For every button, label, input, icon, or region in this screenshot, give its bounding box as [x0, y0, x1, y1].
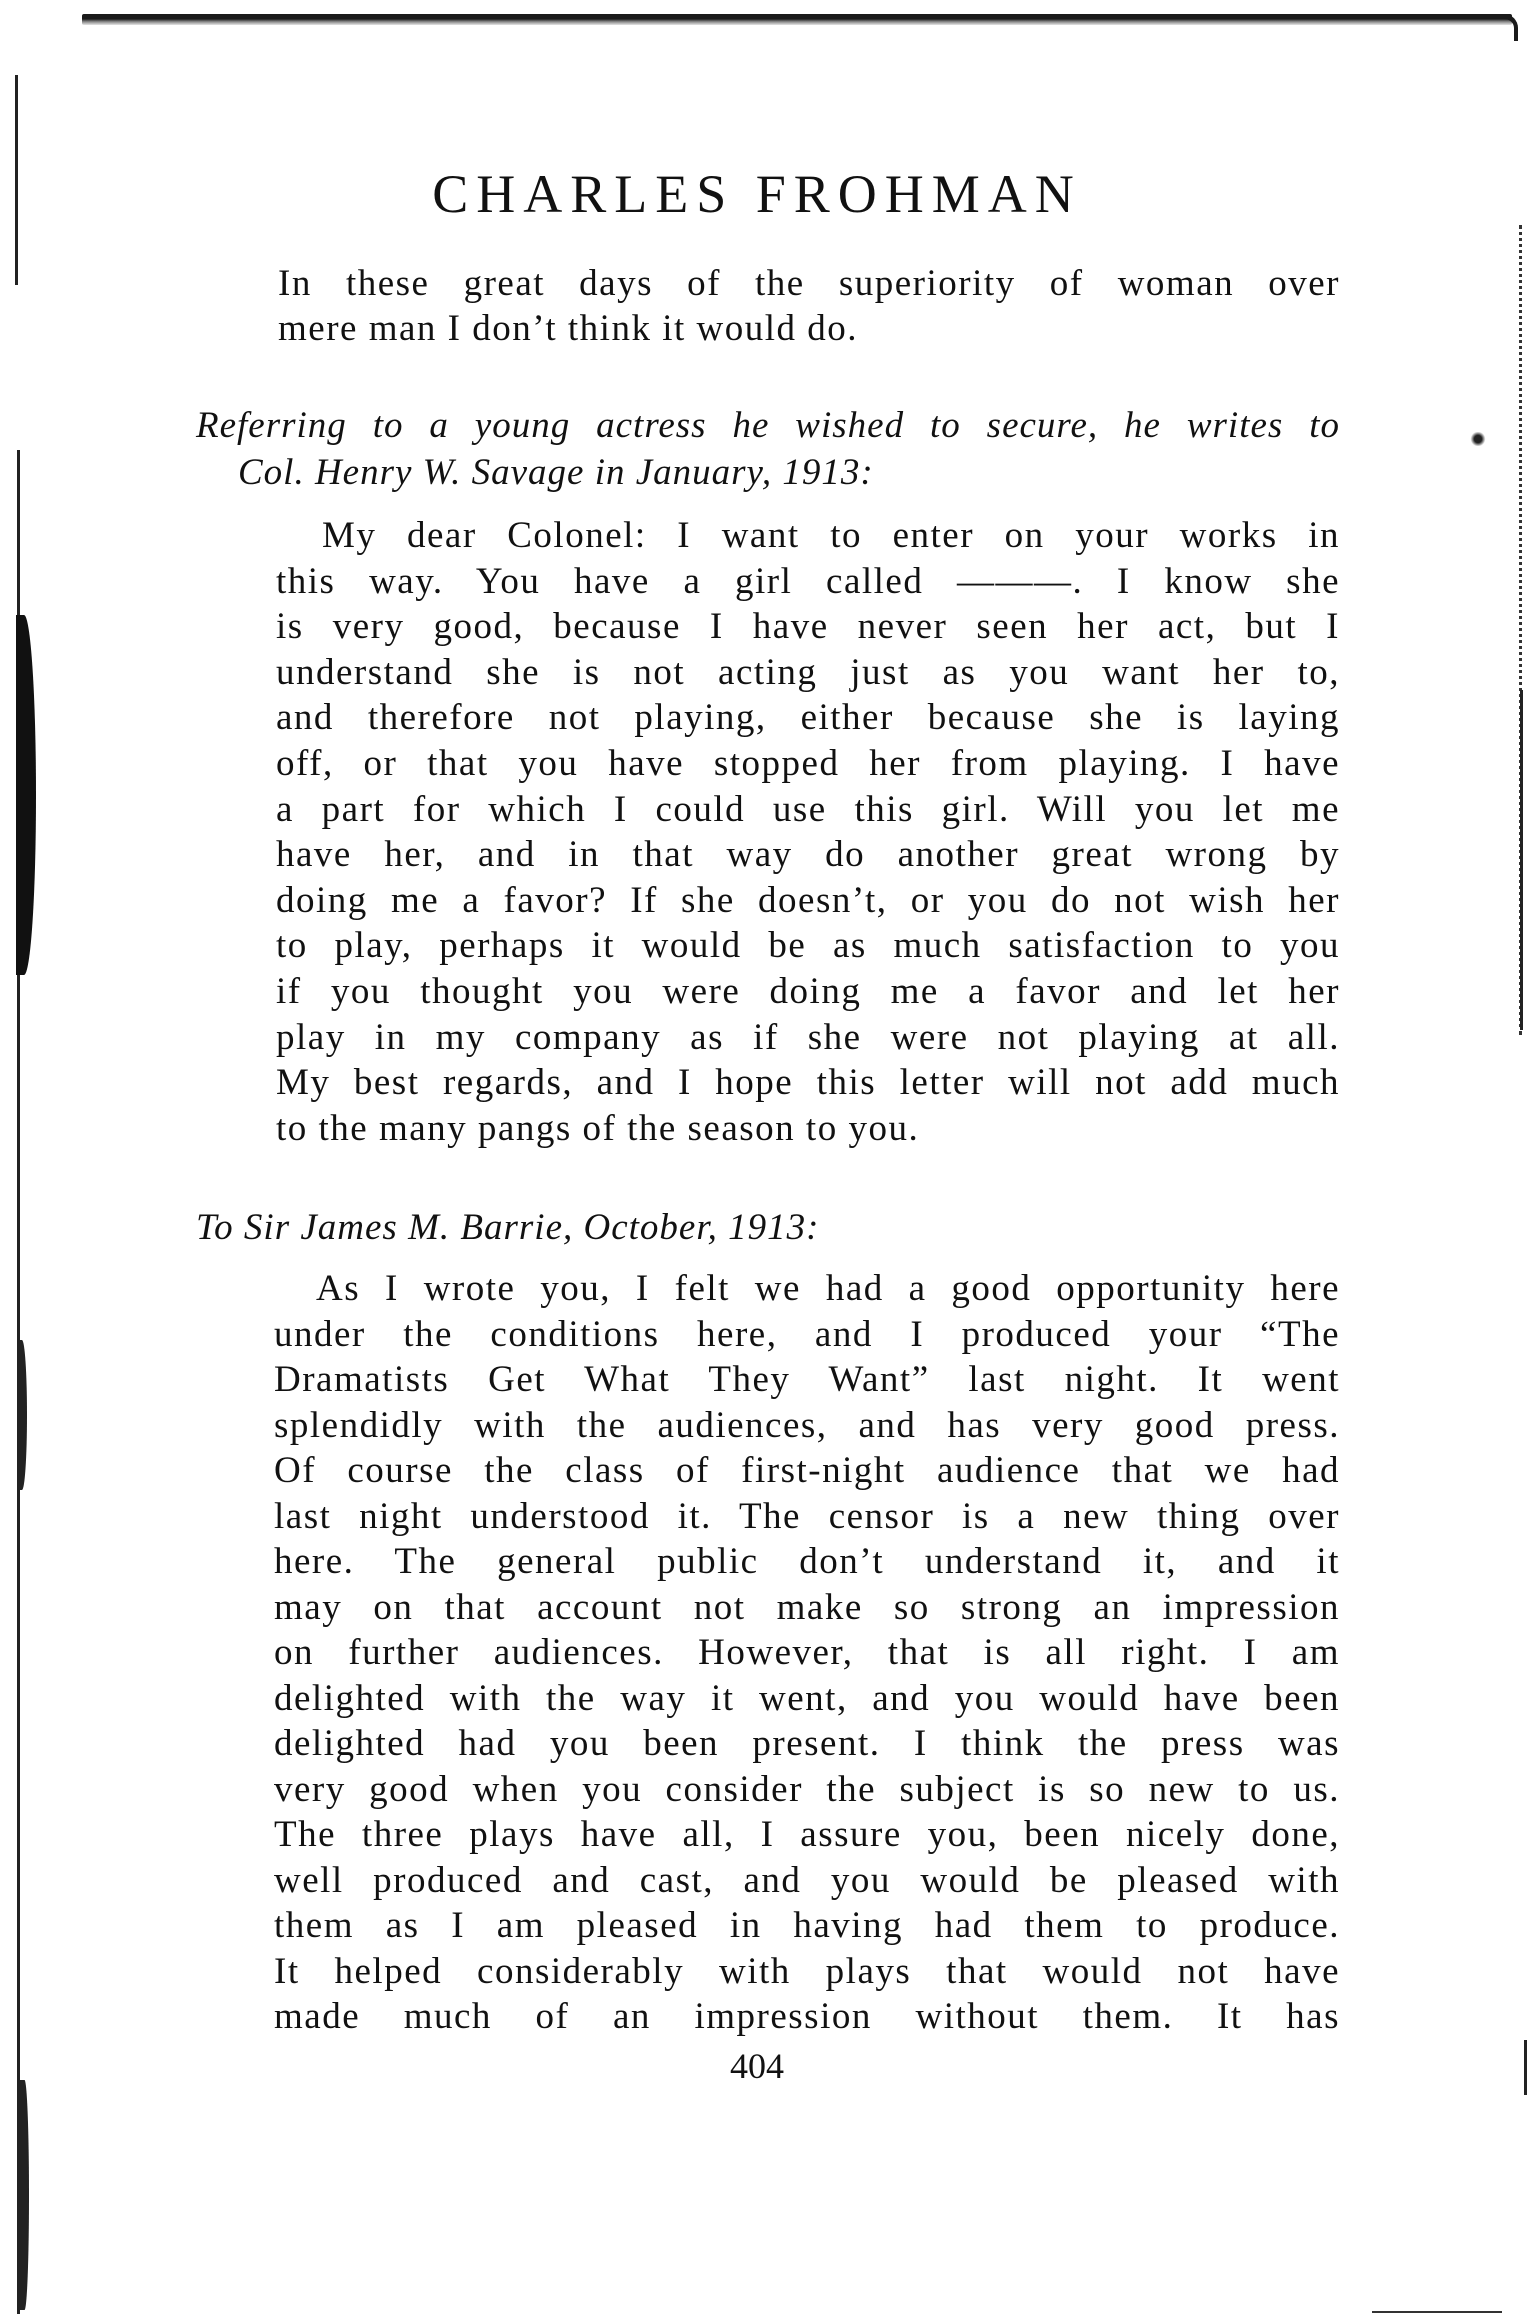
body-line: mere man I don’t think it would do.: [278, 307, 858, 351]
letter-line: made much of an impression without them.…: [274, 1995, 1340, 2039]
scan-top-edge-shadow: [82, 14, 1512, 25]
letter-line: Of course the class of first-night audie…: [274, 1449, 1340, 1493]
scan-left-edge-shadow-2: [17, 1340, 27, 1490]
letter-line: may on that account not make so strong a…: [274, 1586, 1340, 1630]
letter-line: them as I am pleased in having had them …: [274, 1904, 1340, 1948]
scan-right-edge-line: [1520, 690, 1523, 1030]
letter-line: As I wrote you, I felt we had a good opp…: [316, 1267, 1340, 1311]
letter-line: here. The general public don’t understan…: [274, 1540, 1340, 1584]
page-number: 404: [0, 2044, 1514, 2088]
letter-line: splendidly with the audiences, and has v…: [274, 1404, 1340, 1448]
letter-line: to the many pangs of the season to you.: [276, 1107, 919, 1151]
letter-line: understand she is not acting just as you…: [276, 651, 1340, 695]
scan-left-edge-shadow-3: [20, 2080, 29, 2310]
letter-line: have her, and in that way do another gre…: [276, 833, 1340, 877]
scan-right-edge-mark: [1524, 2040, 1527, 2095]
letter-line: delighted with the way it went, and you …: [274, 1677, 1340, 1721]
letter-line: My best regards, and I hope this letter …: [276, 1061, 1340, 1105]
letter-line: The three plays have all, I assure you, …: [274, 1813, 1340, 1857]
letter-line: off, or that you have stopped her from p…: [276, 742, 1340, 786]
letter-intro-heading: Referring to a young actress he wished t…: [196, 404, 1340, 448]
letter-line: well produced and cast, and you would be…: [274, 1859, 1340, 1903]
letter-line: It helped considerably with plays that w…: [274, 1950, 1340, 1994]
letter-intro-heading: To Sir James M. Barrie, October, 1913:: [196, 1206, 819, 1250]
letter-line: very good when you consider the subject …: [274, 1768, 1340, 1812]
letter-intro-heading: Col. Henry W. Savage in January, 1913:: [238, 451, 874, 495]
letter-line: play in my company as if she were not pl…: [276, 1016, 1340, 1060]
letter-line: a part for which I could use this girl. …: [276, 788, 1340, 832]
letter-line: last night understood it. The censor is …: [274, 1495, 1340, 1539]
letter-line: if you thought you were doing me a favor…: [276, 970, 1340, 1014]
letter-line: Dramatists Get What They Want” last nigh…: [274, 1358, 1340, 1402]
letter-line: delighted had you been present. I think …: [274, 1722, 1340, 1766]
scan-smudge-mark: [1470, 432, 1486, 446]
letter-line: My dear Colonel: I want to enter on your…: [322, 514, 1340, 558]
letter-line: is very good, because I have never seen …: [276, 605, 1340, 649]
scan-bottom-edge-mark: [1372, 2311, 1502, 2313]
scan-top-right-curl: [1500, 14, 1518, 41]
letter-line: on further audiences. However, that is a…: [274, 1631, 1340, 1675]
running-head: CHARLES FROHMAN: [0, 166, 1514, 222]
scan-left-edge-shadow: [16, 615, 36, 975]
letter-line: this way. You have a girl called ———. I …: [276, 560, 1340, 604]
letter-line: doing me a favor? If she doesn’t, or you…: [276, 879, 1340, 923]
letter-line: and therefore not playing, either becaus…: [276, 696, 1340, 740]
letter-line: to play, perhaps it would be as much sat…: [276, 924, 1340, 968]
body-line: In these great days of the superiority o…: [278, 262, 1340, 306]
letter-line: under the conditions here, and I produce…: [274, 1313, 1340, 1357]
book-page: CHARLES FROHMAN In these great days of t…: [0, 0, 1536, 2314]
